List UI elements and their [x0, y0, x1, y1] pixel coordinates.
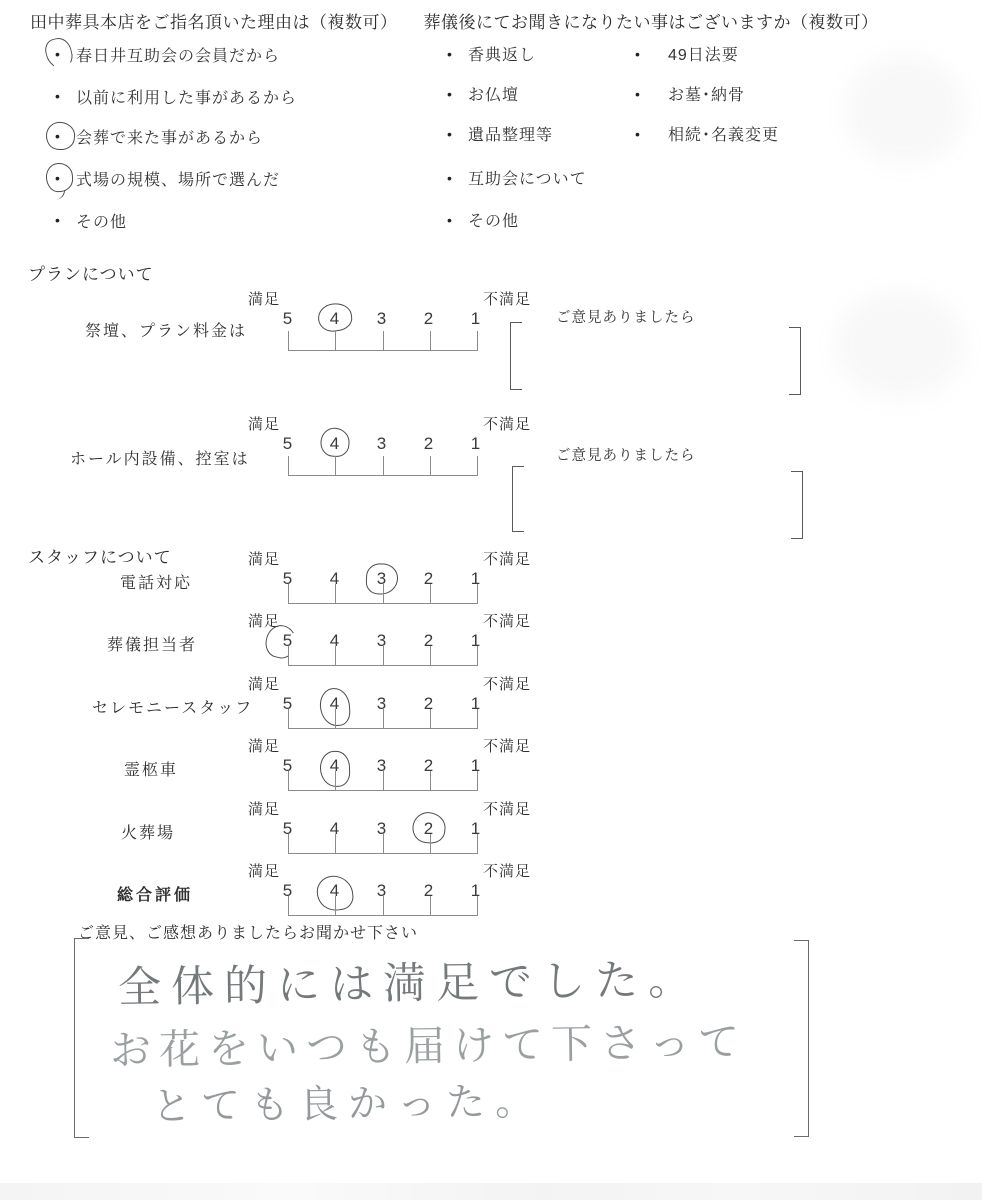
unsatisfied-label: 不満足 — [483, 673, 531, 694]
topic-label: 互助会について — [468, 166, 587, 189]
scale-axis — [288, 665, 477, 666]
bullet-icon: • — [628, 86, 648, 102]
question-after-funeral-title: 葬儀後にてお聞きになりたい事はございますか（複数可） — [424, 13, 879, 32]
satisfied-label: 満足 — [248, 548, 280, 569]
bullet-icon: • — [628, 46, 648, 62]
satisfied-label: 満足 — [248, 413, 280, 434]
rating-number-4: 4 — [311, 434, 358, 454]
rating-number-3: 3 — [358, 819, 405, 839]
rating-number-2: 2 — [405, 756, 452, 776]
reason-label: 春日井互助会の会員だから — [76, 43, 280, 66]
scale-axis — [288, 350, 477, 351]
rating-scale-hall-facilities: 満足 不満足 5 4 3 2 1 — [240, 413, 520, 483]
rating-number-2: 2 — [405, 631, 452, 651]
staff-section-title: スタッフについて — [28, 543, 172, 568]
rating-number-2: 2 — [405, 881, 452, 901]
rating-number-3: 3 — [358, 434, 405, 454]
scan-smudge — [845, 55, 965, 165]
row-label-ceremony-staff: セレモニースタッフ — [92, 695, 253, 718]
reason-item: • 会葬で来た事があるから — [48, 122, 263, 150]
rating-numbers: 5 4 3 2 1 — [264, 756, 499, 776]
rating-number-1: 1 — [452, 819, 499, 839]
row-label-hearse: 霊柩車 — [124, 757, 178, 780]
scanned-survey-form: 田中葬具本店をご指名頂いた理由は（複数可）葬儀後にてお聞きになりたい事はございま… — [0, 0, 982, 1200]
reason-label: 会葬で来た事があるから — [76, 125, 263, 148]
topic-item: • その他 — [440, 208, 519, 231]
rating-number-3: 3 — [358, 569, 405, 589]
satisfied-label: 満足 — [248, 673, 280, 694]
rating-scale-hearse: 満足 不満足 5 4 3 2 1 — [240, 735, 520, 805]
bullet-icon: • — [440, 170, 460, 186]
rating-number-3: 3 — [358, 631, 405, 651]
reason-label: 以前に利用した事があるから — [76, 85, 297, 108]
handwritten-comment-line: とても良かった。 — [152, 1070, 545, 1131]
bullet-icon: • — [440, 46, 460, 62]
unsatisfied-label: 不満足 — [483, 548, 531, 569]
topic-item: • お仏壇 — [440, 82, 519, 105]
reason-item: • 春日井互助会の会員だから — [48, 40, 280, 68]
rating-number-1: 1 — [452, 569, 499, 589]
handwritten-comment-line: 全体的には満足でした。 — [118, 946, 702, 1015]
rating-scale-altar-plan-fee: 満足 不満足 5 4 3 2 1 — [240, 288, 520, 358]
topic-label: 香典返し — [468, 42, 536, 65]
rating-number-1: 1 — [452, 694, 499, 714]
bullet-icon: • — [48, 170, 68, 186]
handwritten-comment-line: お花をいつも届けて下さって — [110, 1009, 748, 1077]
satisfied-label: 満足 — [248, 860, 280, 881]
rating-numbers: 5 4 3 2 1 — [264, 309, 499, 329]
satisfied-label: 満足 — [248, 735, 280, 756]
rating-number-3: 3 — [358, 756, 405, 776]
satisfied-label: 満足 — [248, 288, 280, 309]
rating-number-2: 2 — [405, 434, 452, 454]
bullet-icon: • — [48, 46, 68, 62]
scale-axis — [288, 790, 477, 791]
topic-label: 遺品整理等 — [468, 122, 553, 145]
topic-item: • 香典返し — [440, 42, 536, 65]
topic-label: その他 — [468, 208, 519, 231]
unsatisfied-label: 不満足 — [483, 288, 531, 309]
scan-edge-band — [0, 1183, 982, 1200]
comment-box-bracket-left — [74, 938, 89, 1138]
rating-number-5: 5 — [264, 434, 311, 454]
rating-number-2: 2 — [405, 819, 452, 839]
rating-number-1: 1 — [452, 434, 499, 454]
comment-box-bracket-left — [510, 322, 522, 390]
topic-item: • 49日法要 — [628, 42, 739, 65]
rating-numbers: 5 4 3 2 1 — [264, 569, 499, 589]
bullet-icon: • — [440, 126, 460, 142]
scale-axis — [288, 475, 477, 476]
overall-comment-prompt: ご意見、ご感想ありましたらお聞かせ下さい — [78, 920, 418, 943]
rating-number-2: 2 — [405, 694, 452, 714]
reason-item: • 式場の規模、場所で選んだ — [48, 164, 280, 192]
row-label-altar-plan-fee: 祭壇、プラン料金は — [85, 318, 247, 341]
rating-number-1: 1 — [452, 881, 499, 901]
topic-label: 49日法要 — [668, 42, 739, 65]
reason-label: その他 — [76, 209, 127, 232]
topic-item: • 遺品整理等 — [440, 122, 553, 145]
unsatisfied-label: 不満足 — [483, 610, 531, 631]
plan-section-title: プランについて — [28, 260, 154, 285]
rating-numbers: 5 4 3 2 1 — [264, 881, 499, 901]
unsatisfied-label: 不満足 — [483, 413, 531, 434]
bullet-icon: • — [440, 86, 460, 102]
unsatisfied-label: 不満足 — [483, 860, 531, 881]
row-label-hall-facilities: ホール内設備、控室は — [70, 446, 250, 469]
rating-number-1: 1 — [452, 309, 499, 329]
bullet-icon: • — [48, 128, 68, 144]
rating-scale-phone-response: 満足 不満足 5 4 3 2 1 — [240, 548, 520, 618]
reason-item: • 以前に利用した事があるから — [48, 82, 297, 110]
comment-prompt: ご意見ありましたら — [556, 444, 696, 465]
comment-box-bracket-left — [512, 466, 524, 532]
rating-number-3: 3 — [358, 881, 405, 901]
comment-box-bracket-right — [791, 471, 803, 539]
topic-item: • 相続･名義変更 — [628, 122, 779, 145]
header-questions: 田中葬具本店をご指名頂いた理由は（複数可）葬儀後にてお聞きになりたい事はございま… — [30, 8, 879, 33]
rating-numbers: 5 4 3 2 1 — [264, 819, 499, 839]
scan-smudge — [835, 290, 965, 400]
rating-number-2: 2 — [405, 309, 452, 329]
topic-label: お仏壇 — [468, 82, 519, 105]
rating-scale-crematorium: 満足 不満足 5 4 3 2 1 — [240, 798, 520, 868]
rating-numbers: 5 4 3 2 1 — [264, 694, 499, 714]
scale-axis — [288, 853, 477, 854]
rating-scale-ceremony-staff: 満足 不満足 5 4 3 2 1 — [240, 673, 520, 743]
scale-axis — [288, 603, 477, 604]
topic-item: • 互助会について — [440, 166, 587, 189]
topic-label: お墓･納骨 — [668, 82, 745, 105]
unsatisfied-label: 不満足 — [483, 735, 531, 756]
scale-axis — [288, 728, 477, 729]
rating-number-3: 3 — [358, 309, 405, 329]
rating-numbers: 5 4 3 2 1 — [264, 434, 499, 454]
reason-item: • その他 — [48, 206, 127, 234]
rating-number-1: 1 — [452, 756, 499, 776]
row-label-overall-rating: 総合評価 — [117, 882, 193, 905]
comment-box-bracket-right — [789, 327, 801, 395]
rating-number-3: 3 — [358, 694, 405, 714]
rating-number-2: 2 — [405, 569, 452, 589]
scale-axis — [288, 915, 477, 916]
bullet-icon: • — [628, 126, 648, 142]
row-label-crematorium: 火葬場 — [121, 820, 175, 843]
satisfied-label: 満足 — [248, 798, 280, 819]
rating-scale-funeral-director: 満足 不満足 5 4 3 2 1 — [240, 610, 520, 680]
rating-numbers: 5 4 3 2 1 — [264, 631, 499, 651]
row-label-funeral-director: 葬儀担当者 — [107, 632, 197, 655]
rating-number-1: 1 — [452, 631, 499, 651]
unsatisfied-label: 不満足 — [483, 798, 531, 819]
comment-box-bracket-right — [794, 940, 809, 1137]
topic-item: • お墓･納骨 — [628, 82, 745, 105]
topic-label: 相続･名義変更 — [668, 122, 779, 145]
bullet-icon: • — [48, 212, 68, 228]
bullet-icon: • — [440, 212, 460, 228]
question-reasons-title: 田中葬具本店をご指名頂いた理由は（複数可） — [30, 13, 398, 32]
rating-number-4: 4 — [311, 309, 358, 329]
bullet-icon: • — [48, 88, 68, 104]
reason-label: 式場の規模、場所で選んだ — [76, 167, 280, 190]
comment-prompt: ご意見ありましたら — [556, 306, 696, 327]
rating-number-5: 5 — [264, 309, 311, 329]
row-label-phone-response: 電話対応 — [120, 570, 192, 593]
